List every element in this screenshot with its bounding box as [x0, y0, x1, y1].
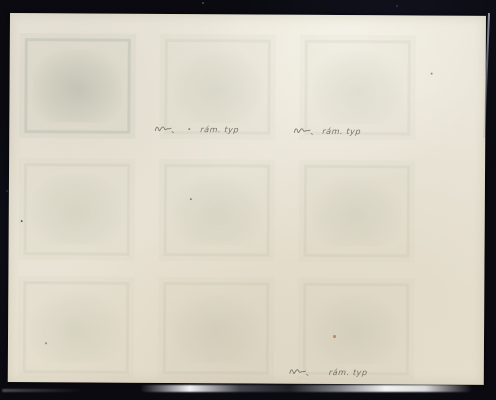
paper-speck — [45, 342, 47, 344]
photo-background: rám. typ rám. typ rám. typ — [0, 0, 496, 400]
pencil-annotation: rám. typ — [289, 366, 368, 378]
impression-center-blob — [171, 293, 261, 364]
stamp-sheet-paper: rám. typ rám. typ rám. typ — [8, 13, 486, 385]
dust-speck — [202, 2, 204, 4]
stamp-impression — [158, 159, 275, 262]
pencil-annotation-text: rám. typ — [328, 367, 368, 376]
paper-speck — [190, 198, 192, 200]
pencil-annotation-text: rám. typ — [322, 126, 362, 135]
stamp-impression — [298, 160, 415, 263]
impression-center-blob — [31, 292, 121, 363]
dust-speck — [6, 190, 8, 192]
gloss-reflection — [140, 385, 472, 392]
impression-center-blob — [312, 176, 402, 247]
paper-speck — [21, 220, 23, 222]
pencil-signature-scribble-icon — [154, 124, 174, 134]
impression-center-blob — [172, 50, 262, 124]
stamp-impression — [18, 158, 135, 261]
pencil-annotation-text: rám. typ — [200, 125, 240, 134]
pencil-dot — [188, 128, 190, 130]
impression-center-blob — [172, 175, 262, 246]
paper-speck — [431, 73, 433, 75]
dust-speck — [396, 5, 398, 7]
stamp-impression — [158, 277, 275, 380]
impression-center-blob — [32, 174, 122, 245]
impression-center-blob — [312, 51, 402, 125]
paper-speck — [333, 335, 336, 338]
stamp-impression — [19, 33, 136, 139]
pencil-annotation: rám. typ — [293, 125, 361, 137]
pencil-signature-scribble-icon — [289, 367, 309, 377]
gloss-reflection-left — [2, 389, 92, 392]
stamp-impression — [18, 276, 135, 379]
pencil-annotation: rám. typ — [154, 123, 239, 136]
pencil-signature-scribble-icon — [293, 126, 313, 136]
impression-center-blob — [32, 49, 122, 123]
impression-center-blob — [311, 294, 401, 365]
